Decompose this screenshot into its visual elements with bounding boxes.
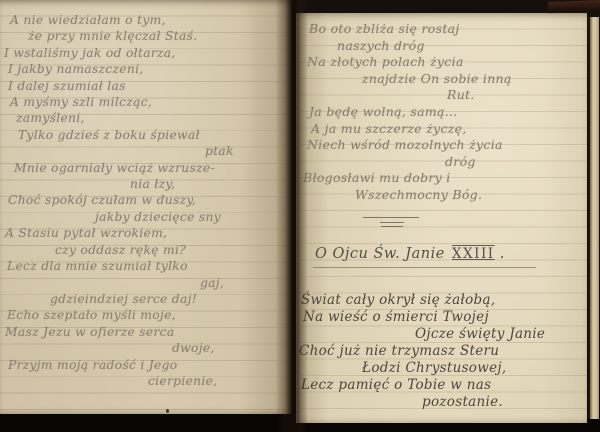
section-divider-flourish <box>363 217 423 227</box>
divider-line <box>363 217 419 218</box>
paper-speck <box>166 409 169 413</box>
handwritten-line: naszych dróg <box>337 38 587 55</box>
handwritten-line: jakby dziecięce sny <box>95 209 292 225</box>
left-page-text: A nie wiedziałam o tym,że przy mnie klęc… <box>0 0 292 389</box>
handwritten-line: gdzieindziej serce daj! <box>50 291 292 307</box>
handwritten-line: I wstaliśmy jak od ołtarza, <box>4 45 292 61</box>
handwritten-line: Rut. <box>447 87 587 104</box>
handwritten-line: Lecz dla mnie szumiał tylko <box>7 258 292 274</box>
handwritten-line: dwoje, <box>172 340 292 356</box>
handwritten-line: A Stasiu pytał wzrokiem, <box>5 225 292 241</box>
handwritten-line: ptak <box>205 143 292 159</box>
handwritten-line: Ja będę wolną, samą... <box>309 104 587 121</box>
divider-line <box>381 226 403 227</box>
right-page-elegy-text: Świat cały okrył się żałobą,Na wieść o ś… <box>297 292 587 411</box>
handwritten-line: że przy mnie klęczał Staś. <box>28 28 292 44</box>
handwritten-line: Wszechmocny Bóg. <box>355 187 587 204</box>
handwritten-line: A ja mu szczerze życzę, <box>311 121 587 138</box>
handwritten-line: Lecz pamięć o Tobie w nas <box>301 377 587 394</box>
right-page: Bo oto zbliża się rostajnaszych drógNa z… <box>296 13 587 423</box>
handwritten-line: Łodzi Chrystusowej, <box>362 360 587 377</box>
handwritten-line: Tylko gdzieś z boku śpiewał <box>18 127 292 143</box>
handwritten-line: Błogosławi mu dobry i <box>303 170 587 187</box>
handwritten-line: A nie wiedziałam o tym, <box>10 12 292 28</box>
handwritten-line: Choć już nie trzymasz Steru <box>299 343 587 360</box>
handwritten-line: Na wieść o śmierci Twojej <box>303 309 587 326</box>
handwritten-line: Masz Jezu w ofierze serca <box>5 324 292 340</box>
handwritten-line: dróg <box>445 154 587 171</box>
heading-roman-numeral: XXIII <box>452 246 495 262</box>
handwritten-line: Mnie ogarniały wciąż wzrusze- <box>14 160 292 176</box>
handwritten-line: Przyjm moją radość i Jego <box>8 357 292 373</box>
handwritten-line: czy oddasz rękę mi? <box>55 242 292 258</box>
notebook-cover-edge <box>548 0 600 14</box>
page-stack-edge <box>588 17 599 419</box>
handwritten-line: Na złotych polach życia <box>307 54 587 71</box>
handwritten-line: I dalej szumiał las <box>8 78 292 94</box>
handwritten-line: Niech wśród mozolnych życia <box>307 137 587 154</box>
handwritten-line: gaj, <box>200 275 292 291</box>
handwritten-line: znajdzie On sobie inną <box>362 71 587 88</box>
handwritten-line: pozostanie. <box>422 394 587 411</box>
handwritten-line: Świat cały okrył się żałobą, <box>301 292 587 309</box>
section-heading: O Ojcu Św. Janie XXIII . <box>313 246 536 268</box>
divider-line <box>380 222 404 223</box>
notebook-photo: A nie wiedziałam o tym,że przy mnie klęc… <box>0 0 600 432</box>
left-page: A nie wiedziałam o tym,że przy mnie klęc… <box>0 0 292 414</box>
handwritten-line: Ojcze święty Janie <box>415 326 587 343</box>
handwritten-line: zamyśleni, <box>16 110 292 126</box>
handwritten-line: A myśmy szli milcząc, <box>10 94 292 110</box>
handwritten-line: Echo szeptało myśli moje, <box>7 307 292 323</box>
handwritten-line: I jakby namaszczeni, <box>8 61 292 77</box>
handwritten-line: nia łzy, <box>130 176 292 192</box>
heading-period: . <box>495 246 505 262</box>
heading-text: O Ojcu Św. Janie <box>315 246 450 262</box>
handwritten-line: Choć spokój czułam w duszy, <box>8 192 292 208</box>
handwritten-line: Bo oto zbliża się rostaj <box>309 21 587 38</box>
handwritten-line: cierpienie, <box>148 373 292 389</box>
right-page-poem-text: Bo oto zbliża się rostajnaszych drógNa z… <box>297 13 587 204</box>
